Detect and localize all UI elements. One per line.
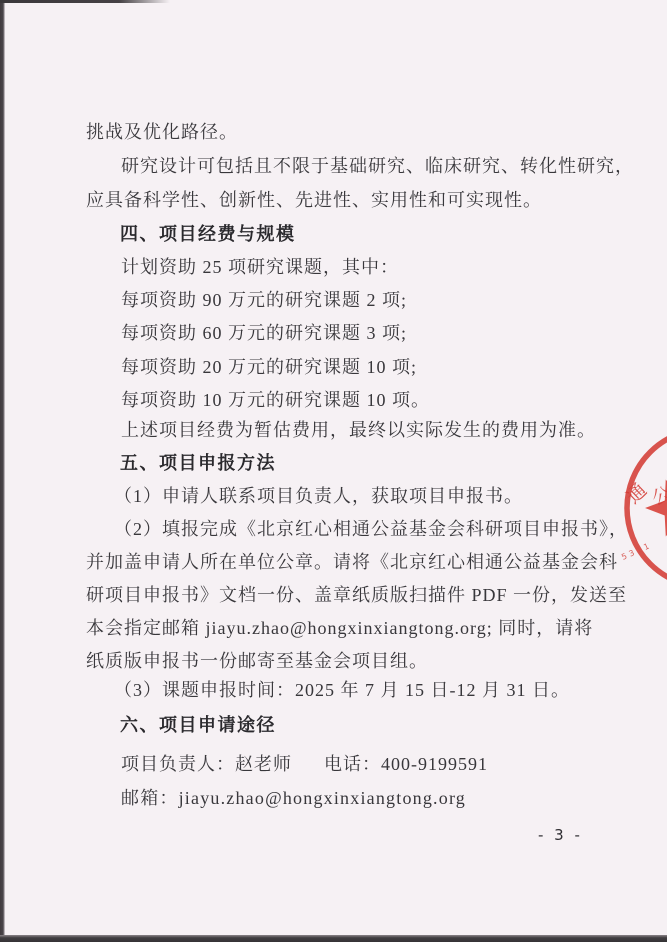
seal-graphic: 通 公 5311 xyxy=(600,424,667,596)
doc-line: （3）课题申报时间：2025 年 7 月 15 日-12 月 31 日。 xyxy=(114,678,570,702)
doc-line-email: 本会指定邮箱 jiayu.zhao@hongxinxiangtong.org; … xyxy=(86,616,593,640)
doc-line: （2）填报完成《北京红心相通公益基金会科研项目申报书》， xyxy=(114,517,628,541)
scan-edge-bottom xyxy=(0,935,667,942)
doc-line: 上述项目经费为暂估费用，最终以实际发生的费用为准。 xyxy=(121,418,596,442)
doc-line: 每项资助 10 万元的研究课题 10 项。 xyxy=(121,388,430,412)
contact-row: 项目负责人：赵老师 电话：400-9199591 xyxy=(121,750,488,776)
phone-text: 电话：400-9199591 xyxy=(324,750,488,776)
page-number: - 3 - xyxy=(538,826,583,844)
doc-line: （1）申请人联系项目负责人，获取项目申报书。 xyxy=(114,484,523,508)
scan-edge-left xyxy=(0,0,5,942)
doc-line: 挑战及优化路径。 xyxy=(86,120,238,144)
doc-line: 计划资助 25 项研究课题，其中： xyxy=(121,255,399,279)
email-text: 邮箱：jiayu.zhao@hongxinxiangtong.org xyxy=(121,784,466,810)
scan-edge-top xyxy=(0,0,170,3)
doc-line: 每项资助 20 万元的研究课题 10 项; xyxy=(121,355,417,379)
doc-line: 纸质版申报书一份邮寄至基金会项目组。 xyxy=(86,649,428,673)
doc-line: 应具备科学性、创新性、先进性、实用性和可实现性。 xyxy=(86,188,542,212)
doc-line: 并加盖申请人所在单位公章。请将《北京红心相通公益基金会科 xyxy=(86,550,618,574)
doc-line: 每项资助 90 万元的研究课题 2 项; xyxy=(121,288,407,312)
doc-line: 研项目申报书》文档一份、盖章纸质版扫描件 PDF 一份，发送至 xyxy=(86,583,627,607)
doc-line: 每项资助 60 万元的研究课题 3 项; xyxy=(121,321,407,345)
section-heading-6: 六、项目申请途径 xyxy=(120,713,276,737)
section-heading-4: 四、项目经费与规模 xyxy=(120,222,296,246)
foundation-seal-stamp: 通 公 5311 xyxy=(600,424,667,596)
scanned-document-page: 挑战及优化路径。 研究设计可包括且不限于基础研究、临床研究、转化性研究， 应具备… xyxy=(0,0,667,942)
doc-line: 研究设计可包括且不限于基础研究、临床研究、转化性研究， xyxy=(121,154,634,178)
section-heading-5: 五、项目申报方法 xyxy=(120,451,276,475)
project-leader-text: 项目负责人：赵老师 xyxy=(121,750,292,776)
